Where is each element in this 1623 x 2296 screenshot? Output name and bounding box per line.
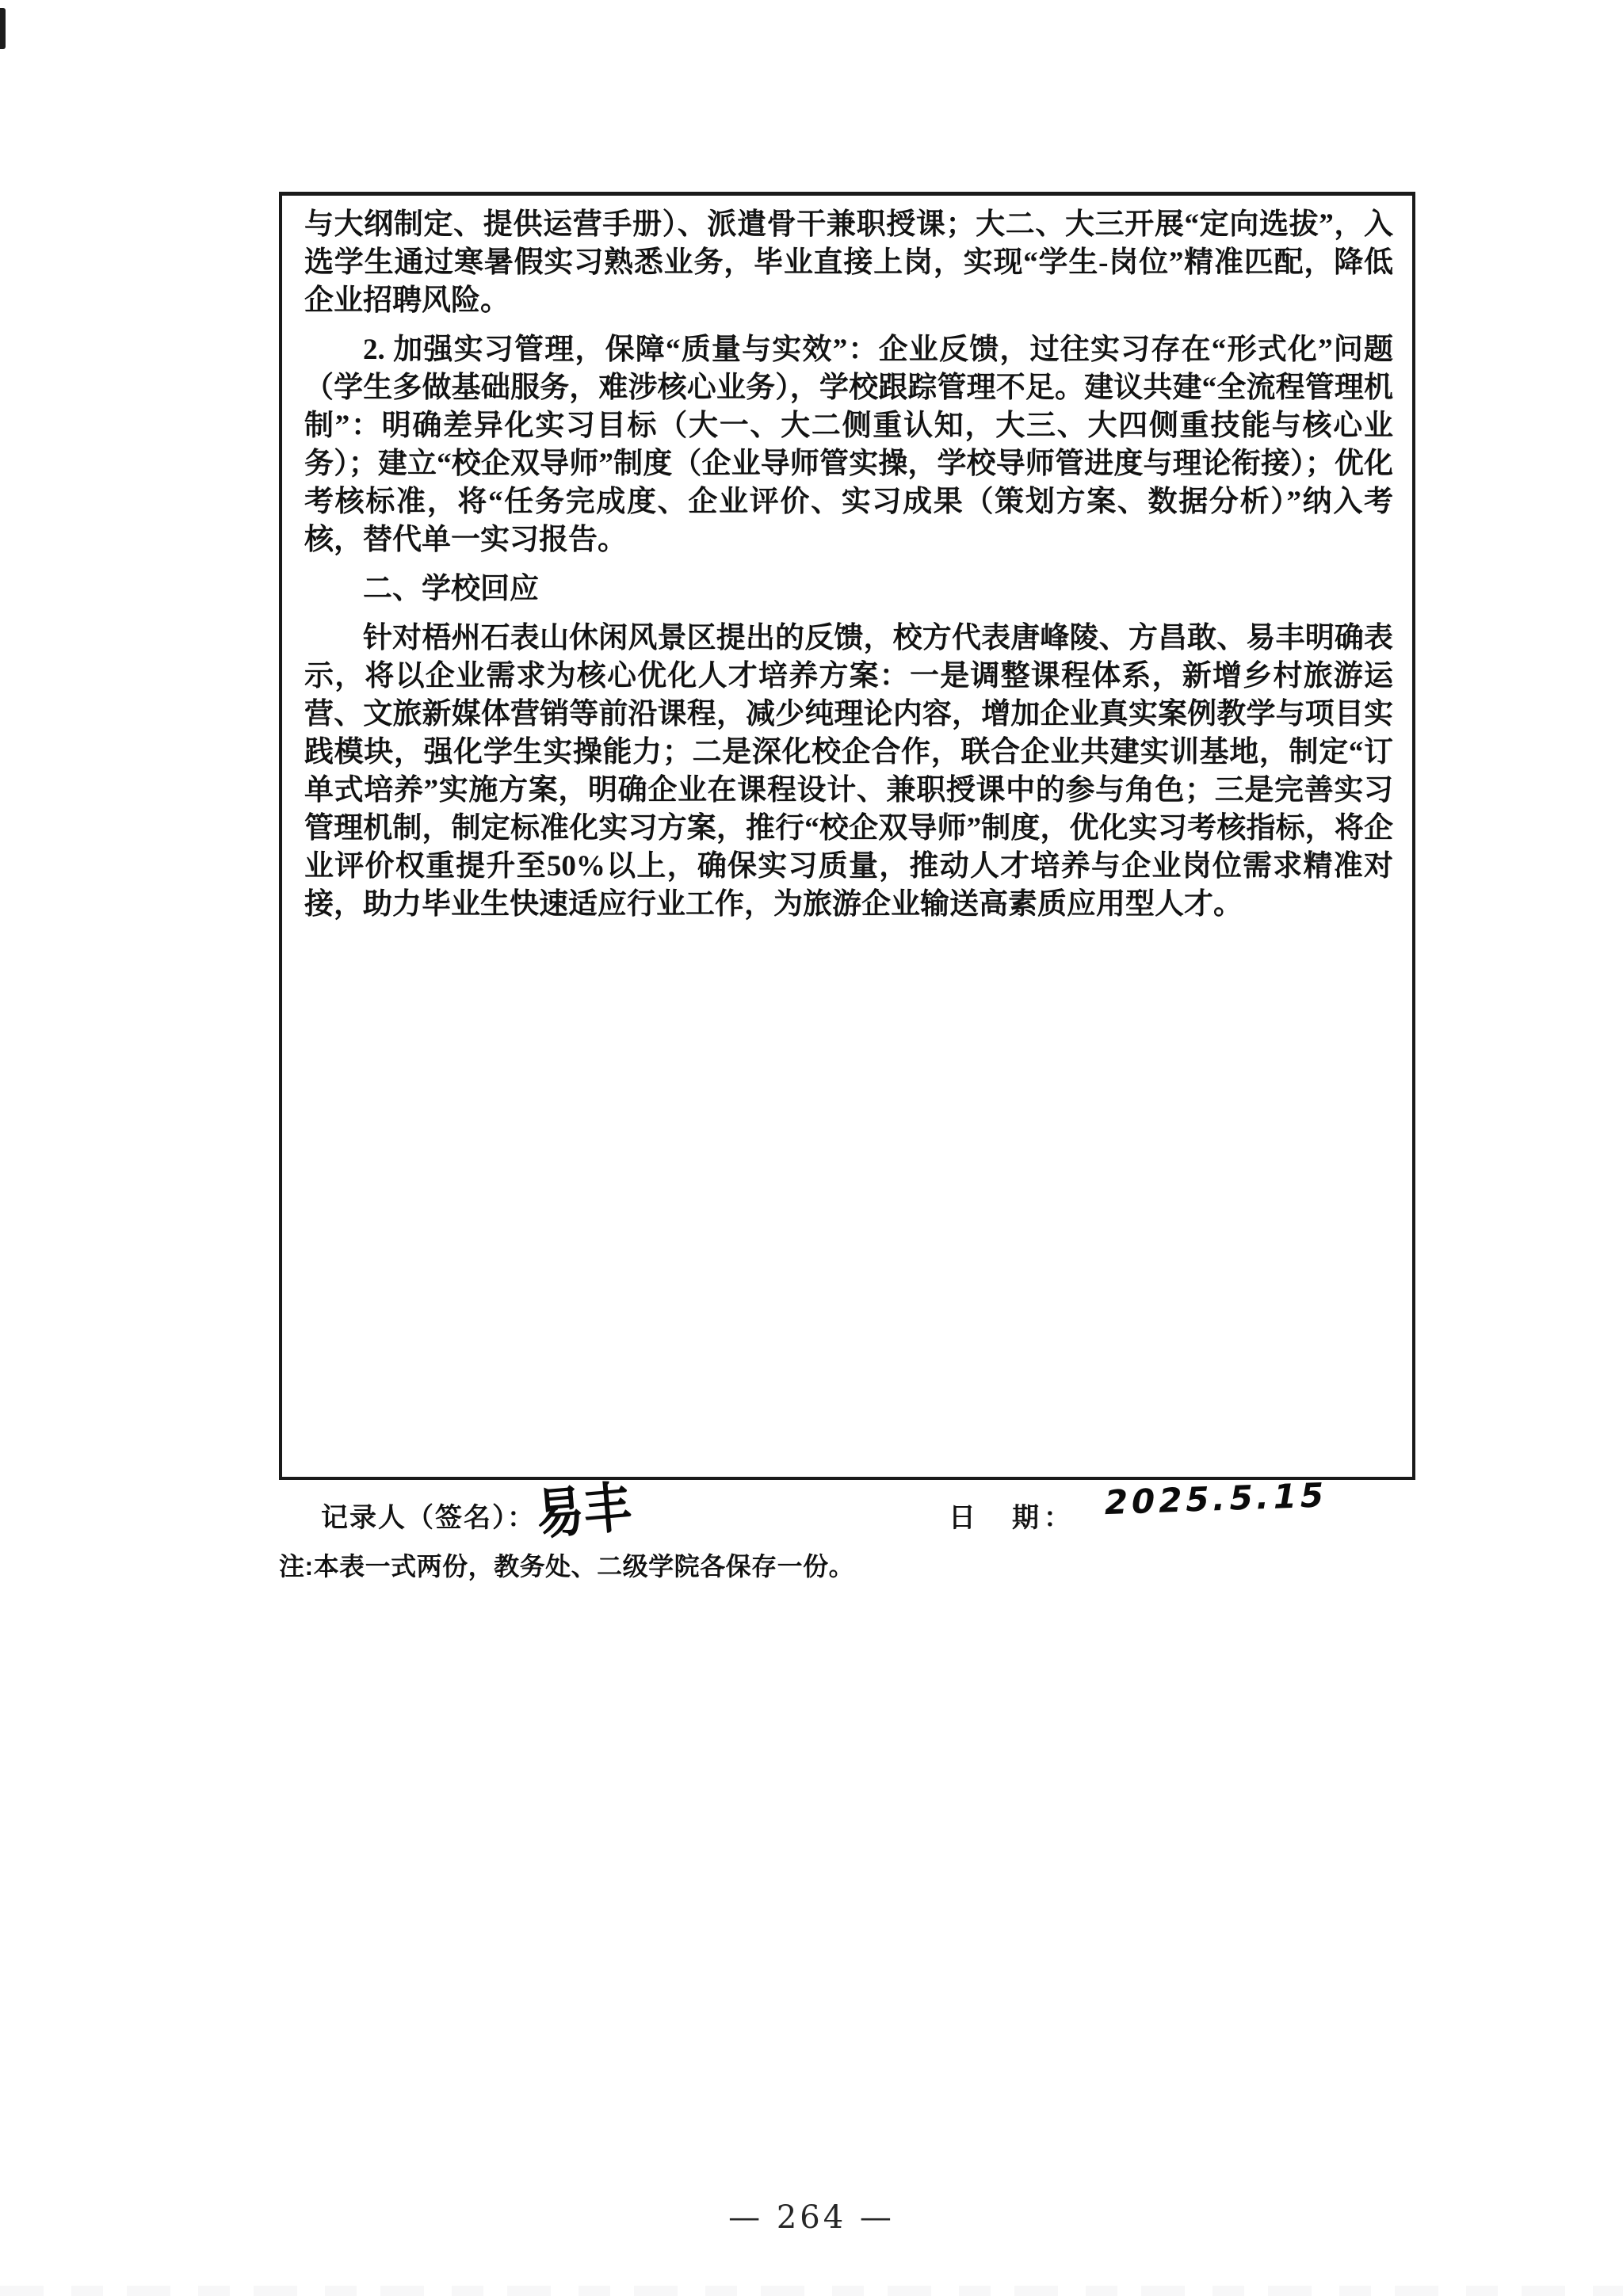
handwritten-date-value: 2025.5.15 — [1101, 1475, 1331, 1522]
paragraph-continuation: 与大纲制定、提供运营手册）、派遣骨干兼职授课；大二、大三开展“定向选拔”，入选学… — [304, 206, 1393, 320]
scanned-document-page: { "document": { "body": { "p_continuatio… — [0, 0, 1623, 2296]
paragraph-item2-internship-management: 2. 加强实习管理，保障“质量与实效”：企业反馈，过往实习存在“形式化”问题（学… — [304, 331, 1393, 559]
distribution-note: 注:本表一式两份，教务处、二级学院各保存一份。 — [279, 1547, 854, 1583]
recorder-signature-label: 记录人（签名）： — [321, 1496, 536, 1535]
record-content-box: 与大纲制定、提供运营手册）、派遣骨干兼职授课；大二、大三开展“定向选拔”，入选学… — [279, 192, 1415, 1480]
recorder-handwritten-signature: 易丰 — [533, 1464, 634, 1550]
date-label: 日 期： — [949, 1496, 1075, 1535]
paragraph-school-response: 针对梧州石表山休闲风景区提出的反馈，校方代表唐峰陵、方昌敢、易丰明确表示，将以企… — [304, 620, 1393, 924]
page-number: — 264 — — [0, 2199, 1623, 2236]
scan-artifact-left-edge — [0, 8, 6, 49]
scan-artifact-bleed-through — [0, 2286, 1623, 2296]
section-heading-school-response: 二、学校回应 — [304, 570, 1393, 608]
